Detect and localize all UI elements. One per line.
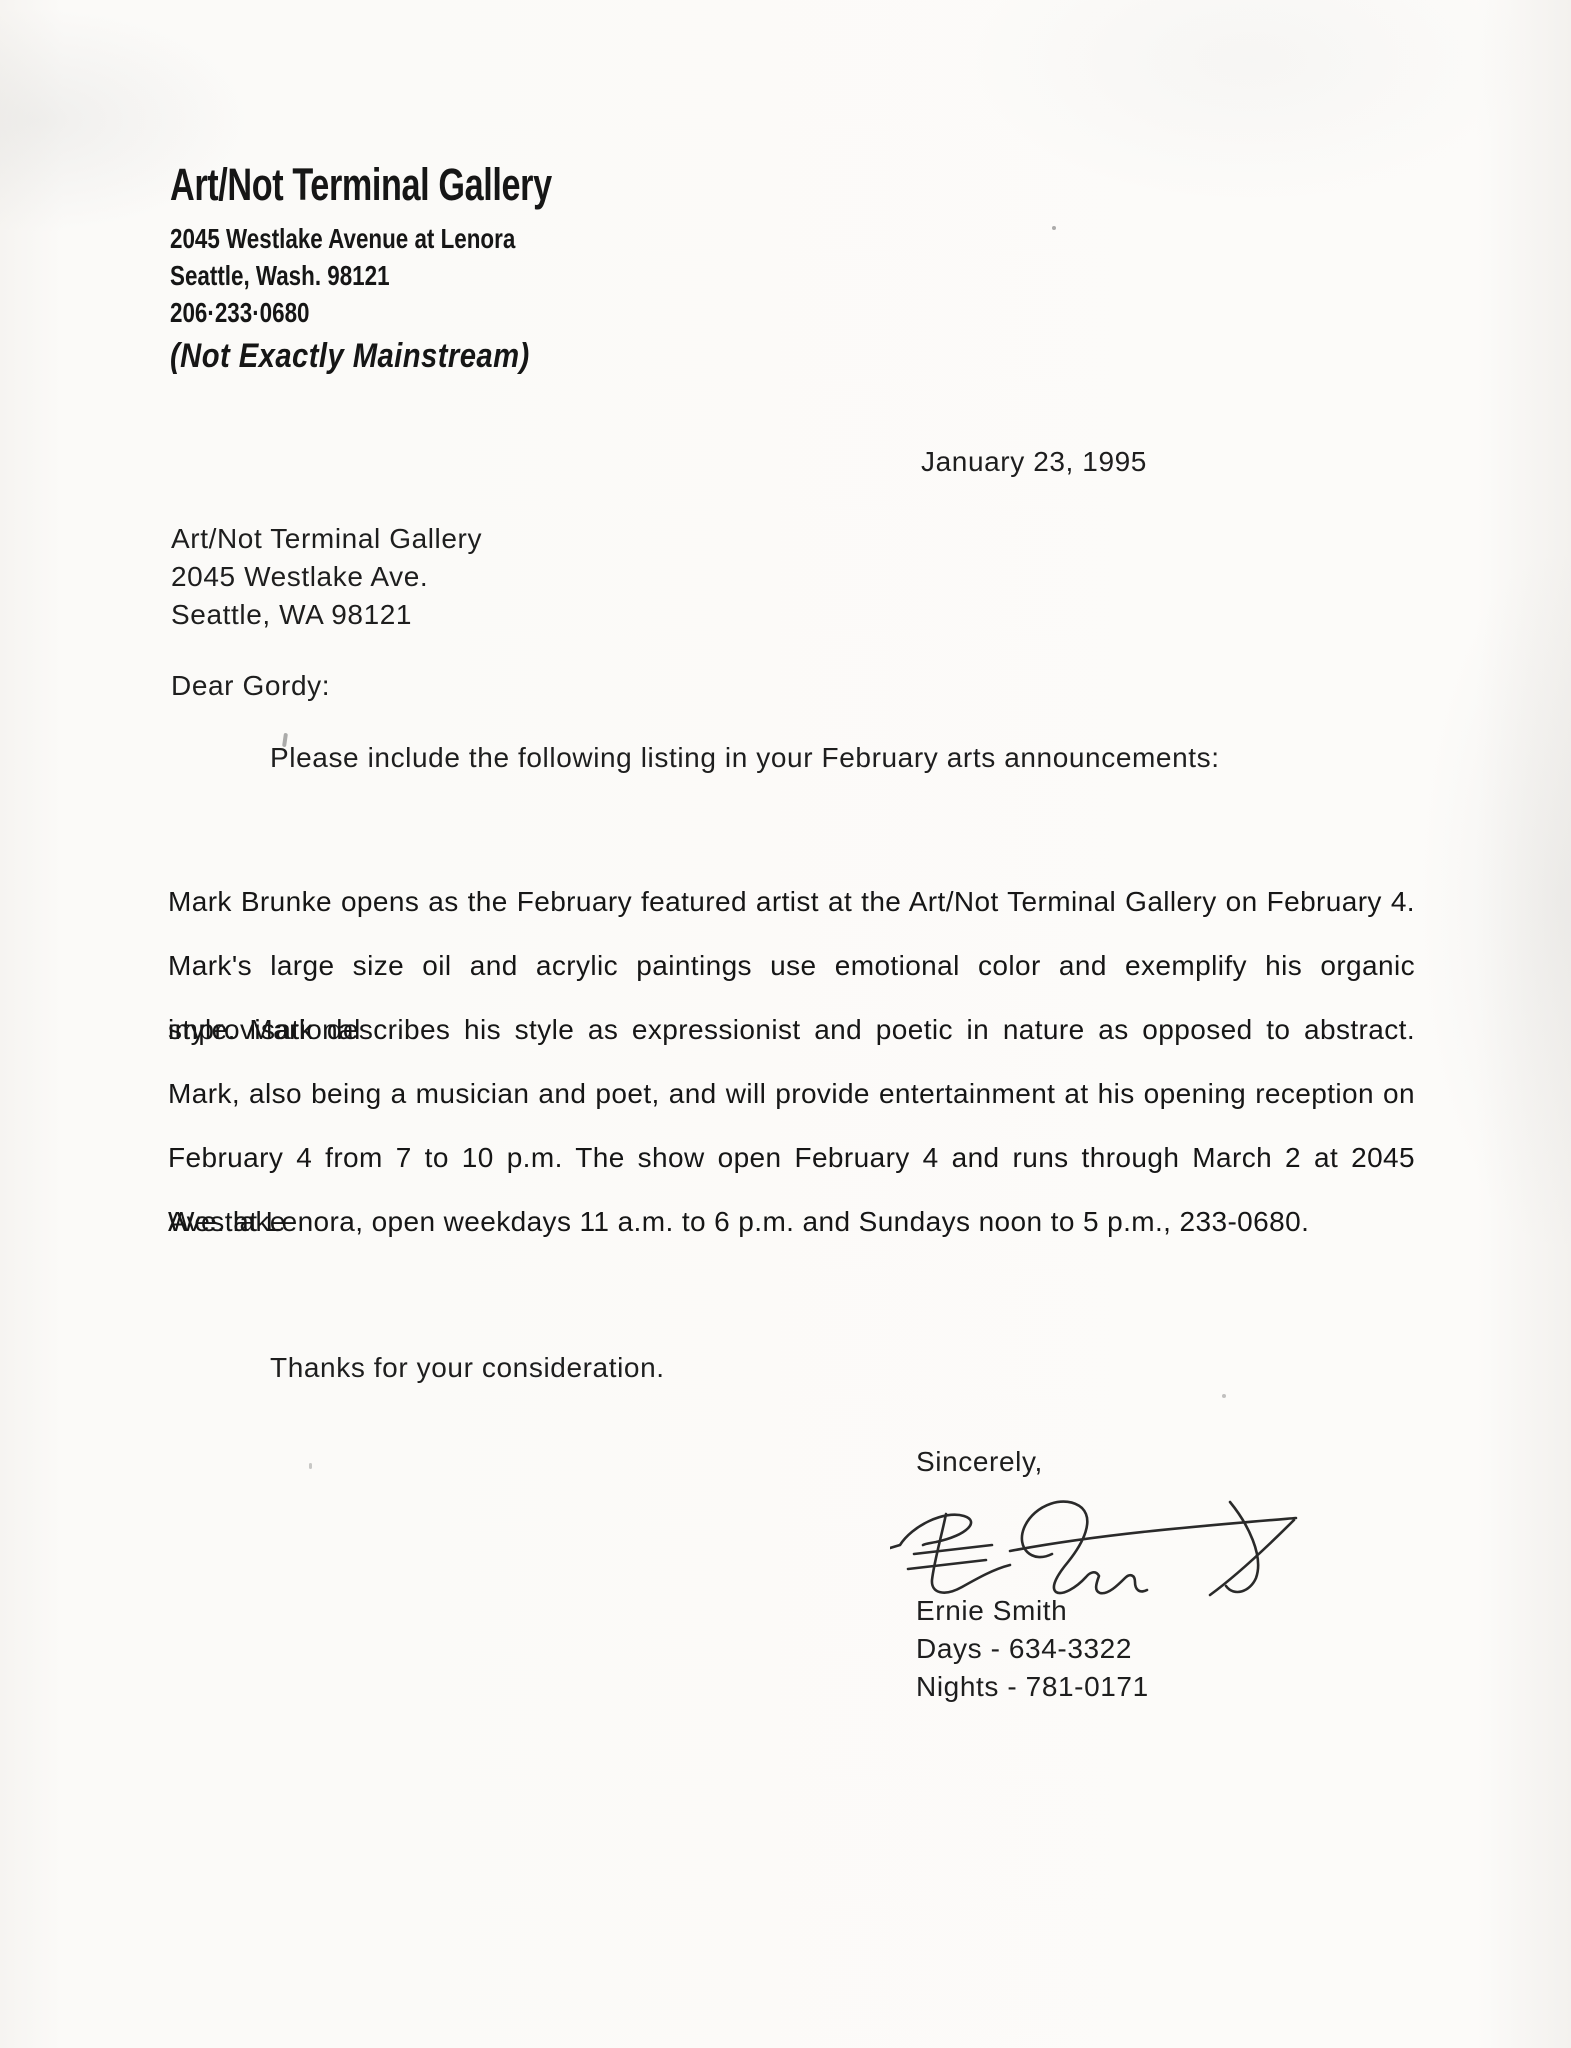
paragraph-line: Mark's large size oil and acrylic painti… [168,934,1415,998]
intro-sentence: Please include the following listing in … [270,742,1220,774]
closing-thanks: Thanks for your consideration. [270,1352,665,1384]
letter-date: January 23, 1995 [921,446,1147,478]
letterhead: Art/Not Terminal Gallery 2045 Westlake A… [170,160,672,376]
paragraph-line: style. Mark describes his style as expre… [168,998,1415,1062]
scan-speck [309,1463,312,1469]
salutation: Dear Gordy: [171,670,330,702]
paragraph-line: Mark Brunke opens as the February featur… [168,870,1415,934]
announcement-paragraph: Mark Brunke opens as the February featur… [168,870,1415,1254]
recipient-city: Seattle, WA 98121 [171,596,482,634]
recipient-address: Art/Not Terminal Gallery 2045 Westlake A… [171,520,482,634]
letterhead-city: Seattle, Wash. 98121 [170,257,572,294]
signer-phone-days: Days - 634-3322 [916,1630,1149,1668]
letter-page: Art/Not Terminal Gallery 2045 Westlake A… [0,0,1571,2048]
letterhead-address: 2045 Westlake Avenue at Lenora Seattle, … [170,220,672,331]
paragraph-line: Ave. at Lenora, open weekdays 11 a.m. to… [168,1190,1415,1254]
signature-block: Ernie Smith Days - 634-3322 Nights - 781… [916,1592,1149,1706]
recipient-name: Art/Not Terminal Gallery [171,520,482,558]
letterhead-street: 2045 Westlake Avenue at Lenora [170,220,572,257]
signer-phone-nights: Nights - 781-0171 [916,1668,1149,1706]
signer-name: Ernie Smith [916,1592,1149,1630]
recipient-street: 2045 Westlake Ave. [171,558,482,596]
scan-speck [1052,226,1056,230]
paragraph-line: Mark, also being a musician and poet, an… [168,1062,1415,1126]
letterhead-phone: 206·233·0680 [170,294,572,331]
letterhead-tagline: (Not Exactly Mainstream) [170,337,602,376]
paragraph-line: February 4 from 7 to 10 p.m. The show op… [168,1126,1415,1190]
sign-off: Sincerely, [916,1446,1043,1478]
letterhead-gallery-name: Art/Not Terminal Gallery [170,160,552,210]
scan-speck [1222,1394,1226,1398]
